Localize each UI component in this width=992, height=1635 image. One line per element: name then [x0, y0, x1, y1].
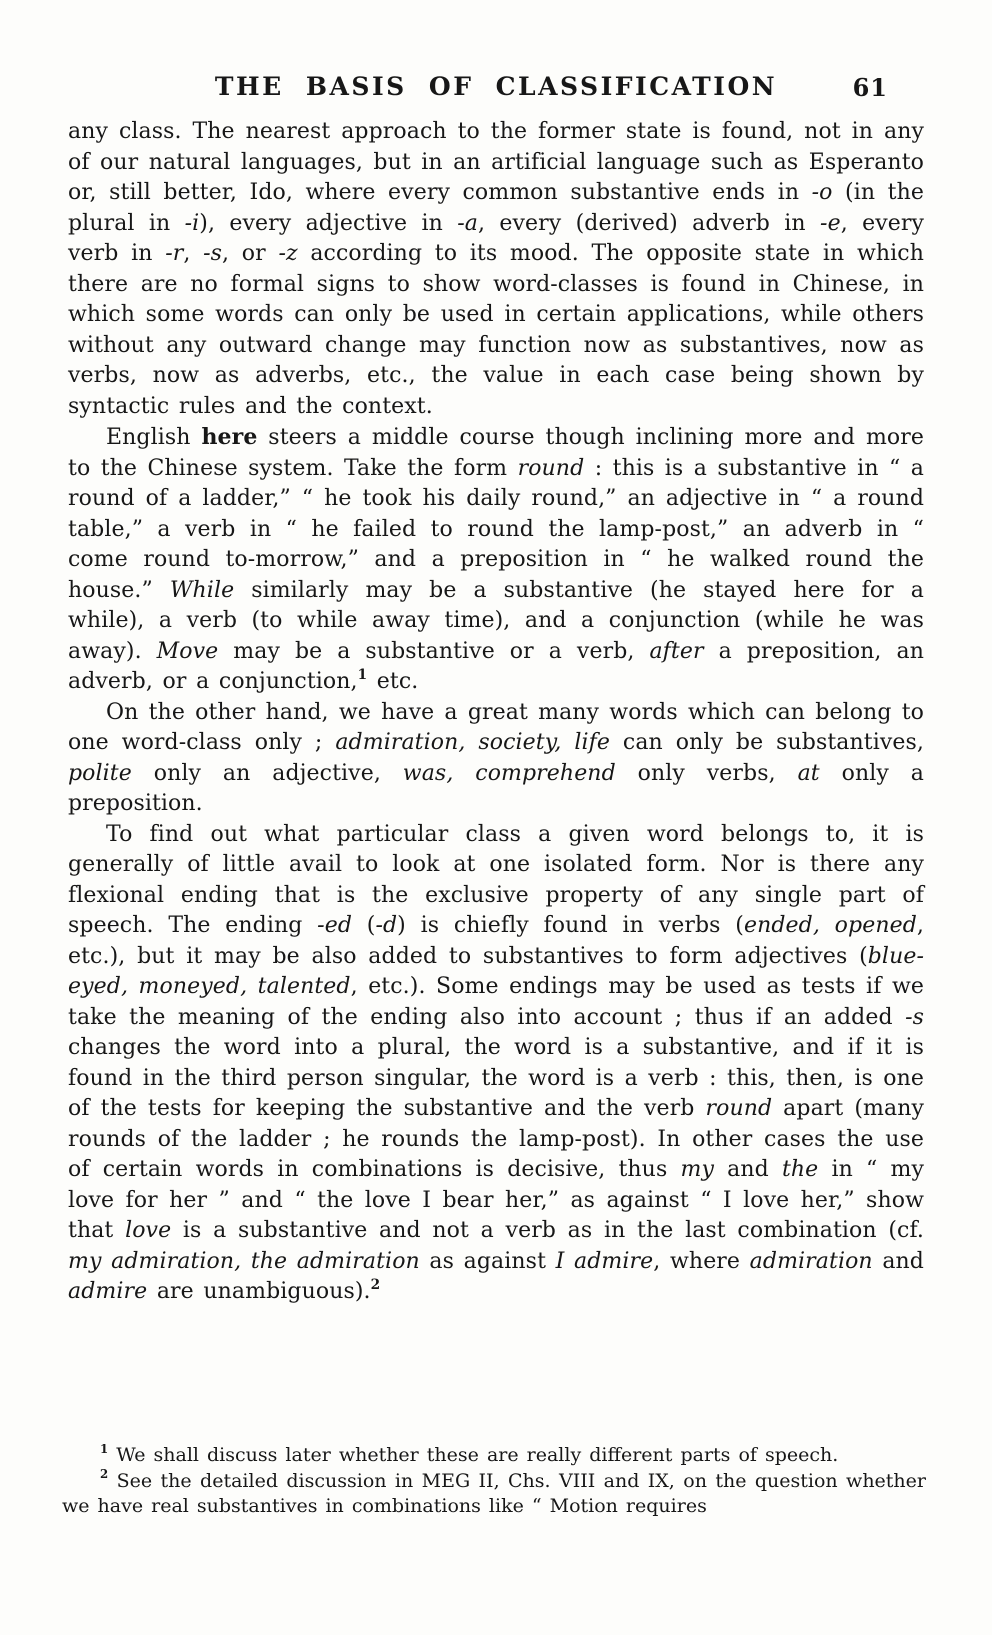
footnote-marker: 1: [100, 1442, 108, 1456]
italic-text: -e: [820, 211, 841, 236]
paragraph-3: On the other hand, we have a great many …: [68, 698, 924, 820]
italic-text: my admiration, the admiration: [68, 1249, 420, 1274]
paragraph-2: English here steers a middle course thou…: [68, 422, 924, 698]
italic-text: the: [782, 1157, 818, 1182]
italic-text: my: [681, 1157, 715, 1182]
italic-text: after: [649, 639, 703, 664]
footnotes: 1 We shall discuss later whether these a…: [62, 1443, 926, 1520]
italic-text: While: [170, 578, 234, 603]
italic-text: I admire: [556, 1249, 654, 1274]
page-number: 61: [853, 73, 888, 102]
italic-text: polite: [68, 761, 132, 786]
italic-text: was, comprehend: [403, 761, 616, 786]
italic-text: -s: [203, 241, 222, 266]
italic-text: blue-eyed, moneyed, talented: [68, 944, 924, 1000]
italic-text: love: [125, 1218, 171, 1243]
bold-text: here: [201, 424, 257, 450]
running-title: THE BASIS OF CLASSIFICATION: [215, 72, 777, 101]
italic-text: admiration: [750, 1249, 873, 1274]
italic-text: admire: [68, 1279, 147, 1304]
footnote-2: 2 See the detailed discussion in MEG II,…: [62, 1469, 926, 1520]
italic-text: -o: [812, 180, 833, 205]
italic-text: Move: [157, 639, 219, 664]
page-header: THE BASIS OF CLASSIFICATION 61: [68, 72, 924, 101]
italic-text: admiration, society, life: [335, 730, 610, 755]
book-page: THE BASIS OF CLASSIFICATION 61 any class…: [0, 0, 992, 1635]
footnote-marker: 2: [100, 1467, 108, 1481]
italic-text: round: [518, 456, 585, 481]
page-body: any class. The nearest approach to the f…: [68, 117, 924, 1308]
footnote-ref: 2: [371, 1277, 381, 1293]
footnote-ref: 1: [358, 667, 368, 683]
italic-text: -a: [457, 211, 478, 236]
paragraph-1: any class. The nearest approach to the f…: [68, 117, 924, 422]
footnote-1: 1 We shall discuss later whether these a…: [62, 1443, 926, 1469]
italic-text: at: [798, 761, 820, 786]
paragraph-4: To find out what particular class a give…: [68, 820, 924, 1308]
italic-text: -d: [375, 913, 397, 938]
italic-text: -ed: [317, 913, 352, 938]
italic-text: -r: [165, 241, 183, 266]
italic-text: -s: [905, 1005, 924, 1030]
italic-text: -z: [278, 241, 297, 266]
italic-text: -i: [185, 211, 200, 236]
italic-text: round: [705, 1096, 772, 1121]
italic-text: ended, opened: [744, 913, 917, 938]
